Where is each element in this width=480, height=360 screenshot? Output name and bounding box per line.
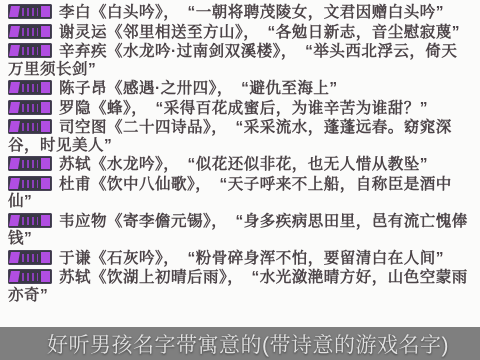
purple-banner-bullet-icon	[8, 250, 52, 265]
poem-entry: 陈子昂《感遇·之卅四》， “避仇至海上”	[8, 80, 468, 98]
poem-entry-text: 李白《白头吟》， “一朝将聘茂陵女，文君因赠白头吟”	[59, 4, 444, 21]
purple-banner-bullet-icon	[8, 43, 52, 58]
purple-banner-bullet-icon	[8, 80, 52, 95]
poem-entry-text: 苏轼《水龙吟》， “似花还似非花，也无人惜从教坠”	[59, 156, 428, 173]
purple-banner-bullet-icon	[8, 4, 52, 19]
poem-entry-text: 韦应物《寄李儋元锡》， “身多疾病思田里，邑有流亡愧俸钱”	[8, 213, 468, 248]
poem-entry-text: 司空图《二十四诗品》， “采采流水，蓬蓬远春。窈窕深谷，时见美人”	[8, 119, 452, 154]
poem-entry: 罗隐《蜂》， “采得百花成蜜后，为谁辛苦为谁甜？”	[8, 100, 468, 118]
poem-entry-text: 苏轼《饮湖上初晴后雨》， “水光潋滟晴方好，山色空蒙雨亦奇”	[8, 269, 468, 304]
poem-entry-text: 谢灵运《邻里相送至方山》， “各勉日新志，音尘慰寂蔑”	[59, 24, 460, 41]
poem-entry-text: 罗隐《蜂》， “采得百花成蜜后，为谁辛苦为谁甜？”	[59, 100, 428, 117]
purple-banner-bullet-icon	[8, 100, 52, 115]
poem-entry: 司空图《二十四诗品》， “采采流水，蓬蓬远春。窈窕深谷，时见美人”	[8, 119, 468, 154]
poem-entry: 苏轼《饮湖上初晴后雨》， “水光潋滟晴方好，山色空蒙雨亦奇”	[8, 269, 468, 304]
poem-entry-text: 陈子昂《感遇·之卅四》， “避仇至海上”	[59, 80, 338, 97]
poem-entry: 谢灵运《邻里相送至方山》， “各勉日新志，音尘慰寂蔑”	[8, 24, 468, 42]
poem-entry: 李白《白头吟》， “一朝将聘茂陵女，文君因赠白头吟”	[8, 4, 468, 22]
purple-banner-bullet-icon	[8, 119, 52, 134]
poem-entry: 苏轼《水龙吟》， “似花还似非花，也无人惜从教坠”	[8, 156, 468, 174]
purple-banner-bullet-icon	[8, 213, 52, 228]
poem-entry: 辛弃疾《水龙吟·过南剑双溪楼》， “举头西北浮云，倚天万里须长剑”	[8, 43, 468, 78]
poem-entry: 于谦《石灰吟》， “粉骨碎身浑不怕，要留清白在人间”	[8, 250, 468, 268]
photo-caption-overlay: 好听男孩名字带寓意的(带诗意的游戏名字)	[0, 327, 480, 360]
poem-entry-text: 辛弃疾《水龙吟·过南剑双溪楼》， “举头西北浮云，倚天万里须长剑”	[8, 43, 457, 78]
poem-entry: 杜甫《饮中八仙歌》， “天子呼来不上船，自称臣是酒中仙”	[8, 176, 468, 211]
purple-banner-bullet-icon	[8, 176, 52, 191]
purple-banner-bullet-icon	[8, 269, 52, 284]
poem-entry: 韦应物《寄李儋元锡》， “身多疾病思田里，邑有流亡愧俸钱”	[8, 213, 468, 248]
purple-banner-bullet-icon	[8, 156, 52, 171]
purple-banner-bullet-icon	[8, 24, 52, 39]
poem-entry-text: 杜甫《饮中八仙歌》， “天子呼来不上船，自称臣是酒中仙”	[8, 176, 452, 211]
poem-entry-text: 于谦《石灰吟》， “粉骨碎身浑不怕，要留清白在人间”	[59, 250, 444, 267]
poem-entry-list: 李白《白头吟》， “一朝将聘茂陵女，文君因赠白头吟” 谢灵运《邻里相送至方山》，…	[0, 0, 480, 304]
photo-caption-text: 好听男孩名字带寓意的(带诗意的游戏名字)	[47, 329, 449, 359]
